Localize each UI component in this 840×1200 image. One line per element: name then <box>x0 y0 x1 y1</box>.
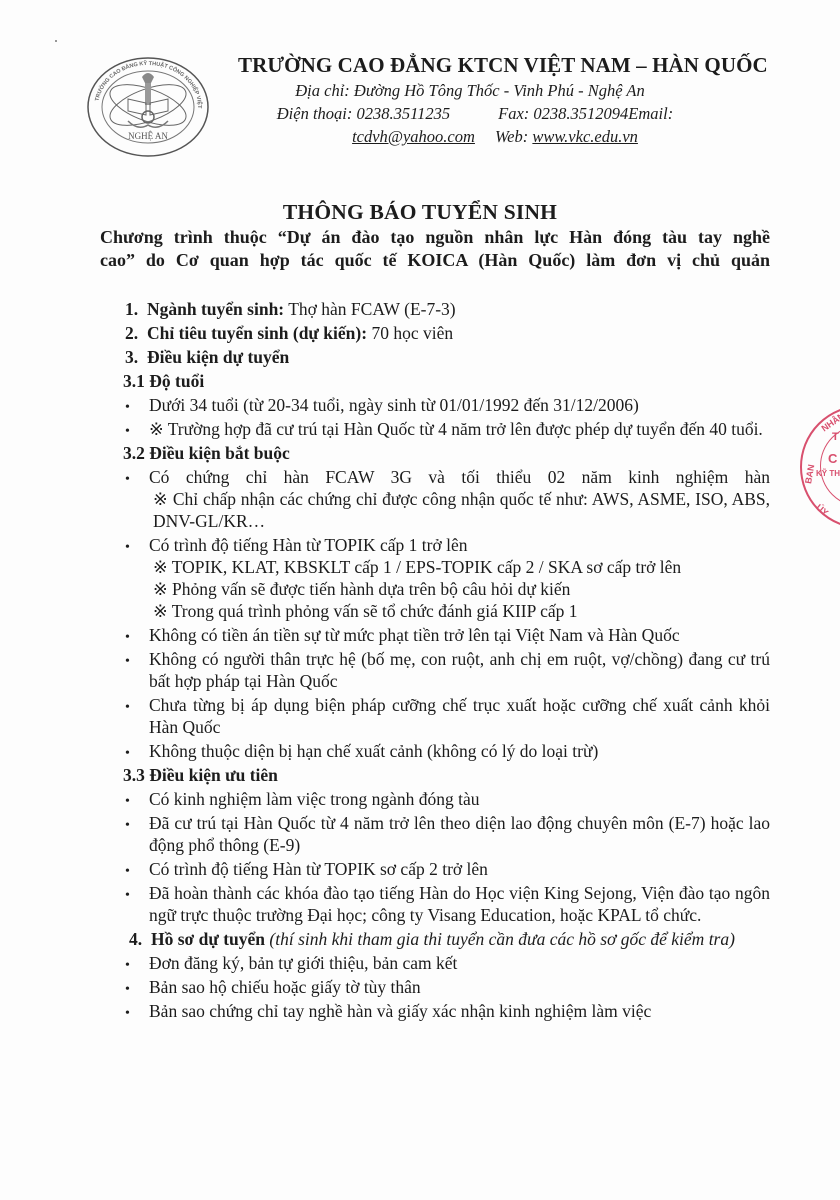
section-number: 3. <box>125 346 147 368</box>
list-item: • Có kinh nghiệm làm việc trong ngành đó… <box>125 788 770 810</box>
document-page: NGHỆ AN TRƯỜNG CAO ĐẲNG KỸ THUẬT CÔNG NG… <box>0 0 840 1200</box>
email-link[interactable]: tcdvh@yahoo.com <box>352 125 475 148</box>
list-item: • Bản sao chứng chỉ tay nghề hàn và giấy… <box>125 1000 770 1022</box>
subtitle-line: Chương trình thuộc “Dự án đào tạo nguồn … <box>100 226 770 249</box>
list-item-text: Có trình độ tiếng Hàn từ TOPIK cấp 1 trở… <box>149 534 770 556</box>
list-item-text: Không thuộc diện bị hạn chế xuất cảnh (k… <box>149 740 770 762</box>
bullet-icon: • <box>125 1003 149 1025</box>
section-number: 2. <box>125 322 147 344</box>
list-item-note: ※ TOPIK, KLAT, KBSKLT cấp 1 / EPS-TOPIK … <box>149 556 770 578</box>
stamp-text: T <box>832 431 839 443</box>
subsection-3-2-heading: 3.2 Điều kiện bắt buộc <box>123 442 770 464</box>
bullet-icon: • <box>125 627 149 649</box>
web-label: Web: <box>495 127 532 146</box>
letterhead: TRƯỜNG CAO ĐẲNG KTCN VIỆT NAM – HÀN QUỐC… <box>230 52 750 148</box>
phone-number: Điện thoại: 0238.3511235 <box>277 102 450 125</box>
list-item-note: ※ Trong quá trình phỏng vấn sẽ tổ chức đ… <box>149 600 770 622</box>
document-title: THÔNG BÁO TUYỂN SINH <box>0 200 840 225</box>
fax-email-label: Fax: 0238.3512094Email: <box>498 102 673 125</box>
list-item-text: Chưa từng bị áp dụng biện pháp cưỡng chế… <box>149 694 770 738</box>
list-item-note: ※ Chỉ chấp nhận các chứng chỉ được công … <box>149 488 770 532</box>
section-label: Ngành tuyển sinh: <box>147 299 284 319</box>
website-link[interactable]: www.vkc.edu.vn <box>532 127 638 146</box>
section-label: Điều kiện dự tuyển <box>147 346 770 368</box>
document-subtitle: Chương trình thuộc “Dự án đào tạo nguồn … <box>100 226 770 272</box>
list-item: • ※ Trường hợp đã cư trú tại Hàn Quốc từ… <box>125 418 770 440</box>
list-item: • Dưới 34 tuổi (từ 20-34 tuổi, ngày sinh… <box>125 394 770 416</box>
section-1: 1. Ngành tuyển sinh: Thợ hàn FCAW (E-7-3… <box>125 298 770 320</box>
list-item-text: Bản sao chứng chỉ tay nghề hàn và giấy x… <box>149 1000 770 1022</box>
list-item: • Đã hoàn thành các khóa đào tạo tiếng H… <box>125 882 770 926</box>
list-item: • Có trình độ tiếng Hàn từ TOPIK sơ cấp … <box>125 858 770 880</box>
stamp-text: ÚY <box>814 502 830 518</box>
list-item-text: ※ Trường hợp đã cư trú tại Hàn Quốc từ 4… <box>149 418 770 440</box>
list-item-text: Đơn đăng ký, bản tự giới thiệu, bản cam … <box>149 952 770 974</box>
section-number: 1. <box>125 298 147 320</box>
section-value: 70 học viên <box>367 323 453 343</box>
bullet-icon: • <box>125 955 149 977</box>
section-2: 2. Chỉ tiêu tuyển sinh (dự kiến): 70 học… <box>125 322 770 344</box>
section-value: Thợ hàn FCAW (E-7-3) <box>284 299 456 319</box>
bullet-icon: • <box>125 979 149 1001</box>
scan-speck <box>55 40 57 42</box>
list-item: • Có chứng chỉ hàn FCAW 3G và tối thiểu … <box>125 466 770 532</box>
list-item-text: Có trình độ tiếng Hàn từ TOPIK sơ cấp 2 … <box>149 858 770 880</box>
section-3: 3. Điều kiện dự tuyển <box>125 346 770 368</box>
email-web-row: tcdvh@yahoo.com Web: www.vkc.edu.vn <box>240 125 750 148</box>
section-number: 4. <box>129 928 151 950</box>
list-item: • Không có tiền án tiền sự từ mức phạt t… <box>125 624 770 646</box>
svg-text:TRƯỜNG CAO ĐẲNG KỸ THUẬT CÔNG: TRƯỜNG CAO ĐẲNG KỸ THUẬT CÔNG NGHIỆP VIỆ… <box>84 55 204 109</box>
bullet-icon: • <box>125 815 149 859</box>
list-item-text: Đã cư trú tại Hàn Quốc từ 4 năm trở lên … <box>149 812 770 856</box>
school-emblem-icon: NGHỆ AN TRƯỜNG CAO ĐẲNG KỸ THUẬT CÔNG NG… <box>84 55 212 159</box>
subsection-3-3-heading: 3.3 Điều kiện ưu tiên <box>123 764 770 786</box>
list-item-text: Đã hoàn thành các khóa đào tạo tiếng Hàn… <box>149 882 770 926</box>
bullet-icon: • <box>125 537 149 625</box>
bullet-icon: • <box>125 421 149 443</box>
list-item: • Đơn đăng ký, bản tự giới thiệu, bản ca… <box>125 952 770 974</box>
bullet-icon: • <box>125 697 149 741</box>
svg-text:NGHỆ AN: NGHỆ AN <box>128 131 168 141</box>
list-item-note: ※ Phỏng vấn sẽ được tiến hành dựa trên b… <box>149 578 770 600</box>
list-item-text: Bản sao hộ chiếu hoặc giấy tờ tùy thân <box>149 976 770 998</box>
bullet-icon: • <box>125 651 149 695</box>
list-item: • Không thuộc diện bị hạn chế xuất cảnh … <box>125 740 770 762</box>
official-stamp: NHÂN BAN ÚY T C KỸ TH <box>800 405 840 529</box>
section-label: Hồ sơ dự tuyển <box>151 929 265 949</box>
section-label: Chỉ tiêu tuyển sinh (dự kiến): <box>147 323 367 343</box>
list-item: • Bản sao hộ chiếu hoặc giấy tờ tùy thân <box>125 976 770 998</box>
stamp-text: C <box>828 451 837 466</box>
bullet-icon: • <box>125 885 149 929</box>
contact-row: Điện thoại: 0238.3511235 Fax: 0238.35120… <box>200 102 750 125</box>
subsection-3-1-heading: 3.1 Độ tuổi <box>123 370 770 392</box>
list-item: • Không có người thân trực hệ (bố mẹ, co… <box>125 648 770 692</box>
list-item-text: Không có người thân trực hệ (bố mẹ, con … <box>149 648 770 692</box>
list-item-text: Dưới 34 tuổi (từ 20-34 tuổi, ngày sinh t… <box>149 394 770 416</box>
bullet-icon: • <box>125 861 149 883</box>
bullet-icon: • <box>125 397 149 419</box>
subtitle-line: cao” do Cơ quan hợp tác quốc tế KOICA (H… <box>100 249 770 272</box>
bullet-icon: • <box>125 743 149 765</box>
school-logo: NGHỆ AN TRƯỜNG CAO ĐẲNG KỸ THUẬT CÔNG NG… <box>84 55 212 159</box>
list-item: • Chưa từng bị áp dụng biện pháp cưỡng c… <box>125 694 770 738</box>
section-4: 4. Hồ sơ dự tuyển (thí sinh khi tham gia… <box>129 928 770 950</box>
list-item: • Đã cư trú tại Hàn Quốc từ 4 năm trở lê… <box>125 812 770 856</box>
list-item-text: Không có tiền án tiền sự từ mức phạt tiề… <box>149 624 770 646</box>
list-item: • Có trình độ tiếng Hàn từ TOPIK cấp 1 t… <box>125 534 770 622</box>
school-name: TRƯỜNG CAO ĐẲNG KTCN VIỆT NAM – HÀN QUỐC <box>238 52 750 79</box>
list-item-text: Có chứng chỉ hàn FCAW 3G và tối thiểu 02… <box>149 466 770 488</box>
bullet-icon: • <box>125 469 149 535</box>
list-item-text: Có kinh nghiệm làm việc trong ngành đóng… <box>149 788 770 810</box>
bullet-icon: • <box>125 791 149 813</box>
stamp-text: KỸ TH <box>816 469 840 478</box>
school-address: Địa chỉ: Đường Hồ Tông Thốc - Vinh Phú -… <box>190 79 750 102</box>
section-note: (thí sinh khi tham gia thi tuyển cần đưa… <box>265 929 735 949</box>
document-body: 1. Ngành tuyển sinh: Thợ hàn FCAW (E-7-3… <box>125 297 770 1024</box>
website: Web: www.vkc.edu.vn <box>495 125 638 148</box>
stamp-text: BAN <box>803 464 816 485</box>
